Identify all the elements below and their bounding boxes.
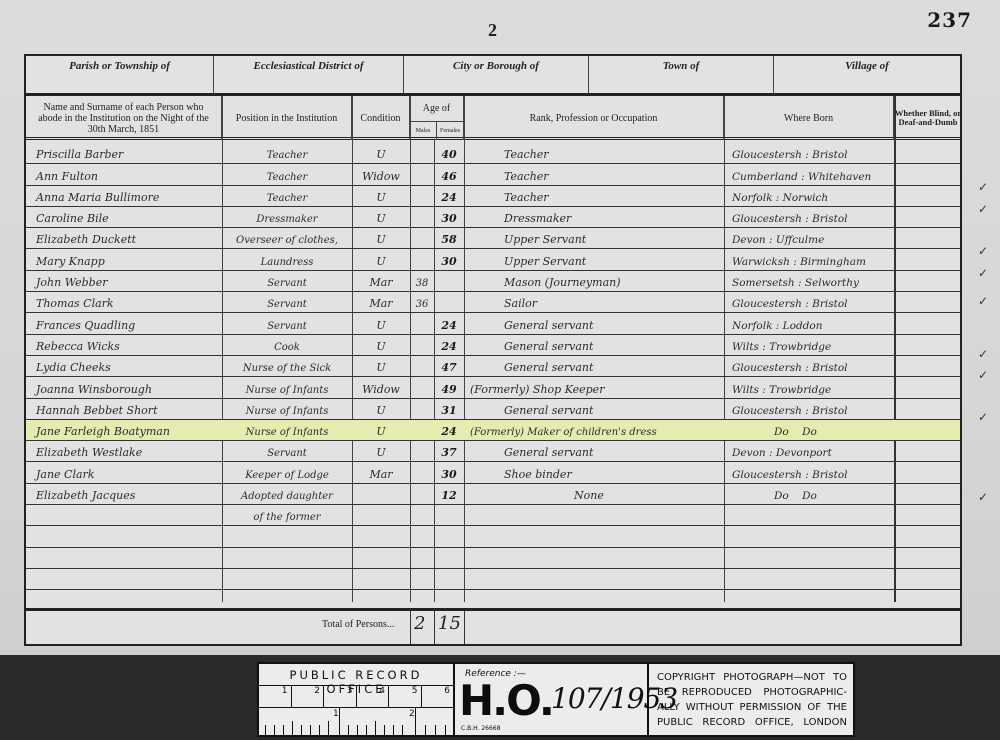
locality-ecclesiastical: Ecclesiastical District of bbox=[214, 56, 404, 93]
person-age-male bbox=[410, 377, 434, 397]
person-where-born bbox=[724, 505, 894, 525]
person-where-born: Norfolk : Norwich bbox=[724, 186, 894, 206]
person-name: Lydia Cheeks bbox=[36, 356, 222, 376]
totals-label: Total of Persons... bbox=[322, 619, 394, 630]
person-name: Elizabeth Duckett bbox=[36, 228, 222, 248]
reference-piece: 107/1953 bbox=[551, 682, 677, 715]
person-name: Thomas Clark bbox=[36, 292, 222, 312]
person-name: Anna Maria Bullimore bbox=[36, 186, 222, 206]
person-blind bbox=[894, 207, 960, 227]
person-age-female bbox=[434, 292, 464, 312]
person-position: Laundress bbox=[222, 249, 352, 269]
ruler-mark: 2 bbox=[292, 686, 325, 707]
person-occupation: Sailor bbox=[464, 292, 724, 312]
table-row: Lydia Cheeks Nurse of the Sick U 47 Gene… bbox=[26, 356, 960, 377]
person-name: Elizabeth Jacques bbox=[36, 484, 222, 504]
person-age-male bbox=[410, 249, 434, 269]
table-row: Frances Quadling Servant U 24 General se… bbox=[26, 313, 960, 334]
table-row: Caroline Bile Dressmaker U 30 Dressmaker… bbox=[26, 207, 960, 228]
person-age-male bbox=[410, 441, 434, 461]
person-occupation: Dressmaker bbox=[464, 207, 724, 227]
person-condition: U bbox=[352, 399, 410, 419]
person-where-born: Cumberland : Whitehaven bbox=[724, 164, 894, 184]
person-blind bbox=[894, 313, 960, 333]
locality-label: Town of bbox=[663, 60, 700, 72]
checkmark-icon: ✓ bbox=[978, 202, 988, 216]
person-where-born: Gloucestersh : Bristol bbox=[724, 292, 894, 312]
person-position: Servant bbox=[222, 313, 352, 333]
person-condition: Mar bbox=[352, 292, 410, 312]
person-occupation: Upper Servant bbox=[464, 228, 724, 248]
person-age-male bbox=[410, 484, 434, 504]
person-condition: U bbox=[352, 228, 410, 248]
person-position: Nurse of the Sick bbox=[222, 356, 352, 376]
table-row: Elizabeth Duckett Overseer of clothes, U… bbox=[26, 228, 960, 249]
person-position: Nurse of Infants bbox=[222, 420, 352, 440]
locality-header: Parish or Township of Ecclesiastical Dis… bbox=[26, 56, 960, 96]
person-where-born: Devon : Devonport bbox=[724, 441, 894, 461]
person-blind bbox=[894, 484, 960, 504]
checkmark-icon: ✓ bbox=[978, 266, 988, 280]
person-occupation: Shoe binder bbox=[464, 462, 724, 482]
person-blind bbox=[894, 462, 960, 482]
header-position: Position in the Institution bbox=[222, 96, 352, 140]
column-divider bbox=[434, 611, 435, 644]
pro-title: PUBLIC RECORD OFFICE bbox=[259, 664, 453, 686]
person-position: Cook bbox=[222, 335, 352, 355]
total-females: 15 bbox=[438, 613, 461, 634]
person-blind bbox=[894, 335, 960, 355]
person-occupation: (Formerly) Shop Keeper bbox=[464, 377, 724, 397]
ruler-mark: 5 bbox=[389, 686, 422, 707]
person-condition: U bbox=[352, 313, 410, 333]
person-where-born: Devon : Uffculme bbox=[724, 228, 894, 248]
person-where-born: Wilts : Trowbridge bbox=[724, 335, 894, 355]
person-blind bbox=[894, 399, 960, 419]
ruler-mark: 1 bbox=[333, 709, 339, 719]
table-row bbox=[26, 548, 960, 569]
sheet-mark: 2 bbox=[488, 20, 497, 41]
table-row: Rebecca Wicks Cook U 24 General servant … bbox=[26, 335, 960, 356]
person-occupation: General servant bbox=[464, 399, 724, 419]
person-blind bbox=[894, 143, 960, 163]
ruler-mark: 1 bbox=[259, 686, 292, 707]
person-where-born: Warwicksh : Birmingham bbox=[724, 249, 894, 269]
person-name: Mary Knapp bbox=[36, 249, 222, 269]
person-position: Dressmaker bbox=[222, 207, 352, 227]
person-occupation: General servant bbox=[464, 356, 724, 376]
locality-city: City or Borough of bbox=[404, 56, 589, 93]
checkmark-icon: ✓ bbox=[978, 368, 988, 382]
person-condition: U bbox=[352, 143, 410, 163]
copyright-line: ALLY WITHOUT PERMISSION OF THE bbox=[657, 700, 847, 715]
person-age-female: 37 bbox=[434, 441, 464, 461]
table-row: Priscilla Barber Teacher U 40 Teacher Gl… bbox=[26, 143, 960, 164]
person-where-born: Gloucestersh : Bristol bbox=[724, 462, 894, 482]
person-age-female: 30 bbox=[434, 207, 464, 227]
person-age-male bbox=[410, 356, 434, 376]
person-occupation: (Formerly) Maker of children's dress bbox=[464, 420, 724, 440]
person-position: Teacher bbox=[222, 143, 352, 163]
ruler-mark: 6 bbox=[422, 686, 454, 707]
person-age-female bbox=[434, 271, 464, 291]
person-position: Servant bbox=[222, 271, 352, 291]
header-name: Name and Surname of each Person who abod… bbox=[26, 96, 222, 140]
ruler-mark: 2 bbox=[409, 709, 415, 719]
table-row: Elizabeth Jacques Adopted daughter 12 No… bbox=[26, 484, 960, 505]
checkmark-icon: ✓ bbox=[978, 410, 988, 424]
column-divider bbox=[464, 611, 465, 644]
public-record-office-label: PUBLIC RECORD OFFICE 1 2 3 4 5 6 1 2 Ref… bbox=[257, 662, 855, 737]
census-rows: Priscilla Barber Teacher U 40 Teacher Gl… bbox=[26, 143, 960, 590]
person-occupation: General servant bbox=[464, 335, 724, 355]
person-blind bbox=[894, 228, 960, 248]
person-age-female bbox=[434, 505, 464, 525]
person-position: Teacher bbox=[222, 186, 352, 206]
person-where-born: Somersetsh : Selworthy bbox=[724, 271, 894, 291]
person-occupation: General servant bbox=[464, 313, 724, 333]
table-row: Mary Knapp Laundress U 30 Upper Servant … bbox=[26, 249, 960, 270]
person-age-male bbox=[410, 462, 434, 482]
person-name: Joanna Winsborough bbox=[36, 377, 222, 397]
person-blind bbox=[894, 271, 960, 291]
person-occupation: Upper Servant bbox=[464, 249, 724, 269]
column-divider bbox=[410, 611, 411, 644]
checkmark-icon: ✓ bbox=[978, 180, 988, 194]
locality-label: City or Borough of bbox=[453, 60, 539, 72]
table-row: Ann Fulton Teacher Widow 46 Teacher Cumb… bbox=[26, 164, 960, 185]
table-row bbox=[26, 526, 960, 547]
person-position: Nurse of Infants bbox=[222, 377, 352, 397]
person-age-female: 31 bbox=[434, 399, 464, 419]
locality-town: Town of bbox=[589, 56, 774, 93]
person-age-male: 36 bbox=[410, 292, 434, 312]
totals-row: Total of Persons... 2 15 bbox=[26, 608, 960, 644]
checkmark-icon: ✓ bbox=[978, 244, 988, 258]
header-blind: Whether Blind, or Deaf-and-Dumb bbox=[894, 96, 962, 140]
column-header: Name and Surname of each Person who abod… bbox=[26, 96, 960, 140]
person-position: Overseer of clothes, bbox=[222, 228, 352, 248]
locality-village: Village of bbox=[774, 56, 960, 93]
locality-parish: Parish or Township of bbox=[26, 56, 214, 93]
person-age-female: 30 bbox=[434, 462, 464, 482]
person-blind bbox=[894, 186, 960, 206]
person-age-female: 40 bbox=[434, 143, 464, 163]
person-age-female: 49 bbox=[434, 377, 464, 397]
person-where-born: Gloucestersh : Bristol bbox=[724, 356, 894, 376]
table-row: Thomas Clark Servant Mar 36 Sailor Glouc… bbox=[26, 292, 960, 313]
copyright-line: PUBLIC RECORD OFFICE, LONDON bbox=[657, 715, 847, 730]
table-row: Hannah Bebbet Short Nurse of Infants U 3… bbox=[26, 399, 960, 420]
person-age-female: 58 bbox=[434, 228, 464, 248]
header-where-born: Where Born bbox=[724, 96, 894, 140]
person-position: Nurse of Infants bbox=[222, 399, 352, 419]
person-age-female: 47 bbox=[434, 356, 464, 376]
person-condition: Widow bbox=[352, 377, 410, 397]
ruler-mark: 3 bbox=[324, 686, 357, 707]
header-occupation: Rank, Profession or Occupation bbox=[464, 96, 724, 140]
person-position: Teacher bbox=[222, 164, 352, 184]
checkmark-icon: ✓ bbox=[978, 347, 988, 361]
person-condition: U bbox=[352, 441, 410, 461]
person-occupation bbox=[464, 505, 724, 525]
locality-label: Parish or Township of bbox=[69, 60, 170, 72]
table-row bbox=[26, 569, 960, 590]
person-occupation: General servant bbox=[464, 441, 724, 461]
person-age-female: 24 bbox=[434, 186, 464, 206]
header-females: Females bbox=[437, 122, 463, 140]
person-age-female: 24 bbox=[434, 313, 464, 333]
person-where-born: Gloucestersh : Bristol bbox=[724, 143, 894, 163]
person-age-male bbox=[410, 228, 434, 248]
person-blind bbox=[894, 164, 960, 184]
person-age-female: 30 bbox=[434, 249, 464, 269]
table-row: Elizabeth Westlake Servant U 37 General … bbox=[26, 441, 960, 462]
person-name: Ann Fulton bbox=[36, 164, 222, 184]
person-name bbox=[36, 505, 222, 525]
person-name: Jane Clark bbox=[36, 462, 222, 482]
person-condition: Mar bbox=[352, 462, 410, 482]
census-form: Parish or Township of Ecclesiastical Dis… bbox=[24, 54, 962, 646]
person-name: Rebecca Wicks bbox=[36, 335, 222, 355]
person-blind bbox=[894, 420, 960, 440]
person-where-born: Do Do bbox=[724, 484, 894, 504]
table-row: Joanna Winsborough Nurse of Infants Wido… bbox=[26, 377, 960, 398]
header-condition: Condition bbox=[352, 96, 410, 140]
person-occupation: Teacher bbox=[464, 143, 724, 163]
ruler-inches: 1 2 3 4 5 6 bbox=[259, 686, 453, 708]
person-age-male bbox=[410, 186, 434, 206]
locality-label: Ecclesiastical District of bbox=[254, 60, 364, 72]
person-blind bbox=[894, 377, 960, 397]
person-where-born: Wilts : Trowbridge bbox=[724, 377, 894, 397]
person-position: Servant bbox=[222, 292, 352, 312]
person-blind bbox=[894, 505, 960, 525]
person-name: Priscilla Barber bbox=[36, 143, 222, 163]
person-age-male: 38 bbox=[410, 271, 434, 291]
person-condition: U bbox=[352, 249, 410, 269]
person-age-female: 24 bbox=[434, 420, 464, 440]
person-condition: U bbox=[352, 186, 410, 206]
copyright-line: COPYRIGHT PHOTOGRAPH—NOT TO bbox=[657, 670, 847, 685]
person-blind bbox=[894, 441, 960, 461]
person-age-male bbox=[410, 207, 434, 227]
reference-code: C.B.H. 26668 bbox=[461, 725, 500, 732]
person-name: John Webber bbox=[36, 271, 222, 291]
person-where-born: Do Do bbox=[724, 420, 894, 440]
table-row-highlighted[interactable]: Jane Farleigh Boatyman Nurse of Infants … bbox=[26, 420, 960, 441]
person-position: of the former bbox=[222, 505, 352, 525]
person-blind bbox=[894, 292, 960, 312]
person-blind bbox=[894, 356, 960, 376]
header-age: Age of Males Females bbox=[410, 96, 464, 140]
reference-series: H.O. bbox=[459, 676, 553, 725]
person-position: Keeper of Lodge bbox=[222, 462, 352, 482]
pro-reference: Reference :— H.O. 107/1953 C.B.H. 26668 bbox=[455, 664, 649, 735]
person-occupation: Teacher bbox=[464, 186, 724, 206]
person-condition bbox=[352, 505, 410, 525]
person-condition: U bbox=[352, 335, 410, 355]
person-occupation: Mason (Journeyman) bbox=[464, 271, 724, 291]
person-position: Servant bbox=[222, 441, 352, 461]
table-row: Jane Clark Keeper of Lodge Mar 30 Shoe b… bbox=[26, 462, 960, 483]
person-condition: U bbox=[352, 207, 410, 227]
person-occupation: Teacher bbox=[464, 164, 724, 184]
ruler-ticks: 1 2 bbox=[259, 708, 453, 735]
person-condition: U bbox=[352, 420, 410, 440]
pro-copyright: COPYRIGHT PHOTOGRAPH—NOT TO BE REPRODUCE… bbox=[649, 664, 853, 735]
person-age-male bbox=[410, 420, 434, 440]
ruler-mark: 4 bbox=[357, 686, 390, 707]
person-position: Adopted daughter bbox=[222, 484, 352, 504]
census-page: 237 2 Parish or Township of Ecclesiastic… bbox=[0, 0, 1000, 655]
pro-scale: PUBLIC RECORD OFFICE 1 2 3 4 5 6 1 2 bbox=[259, 664, 455, 735]
copyright-line: BE REPRODUCED PHOTOGRAPHIC- bbox=[657, 685, 847, 700]
person-age-male bbox=[410, 313, 434, 333]
person-age-male bbox=[410, 399, 434, 419]
person-name: Frances Quadling bbox=[36, 313, 222, 333]
table-row: John Webber Servant Mar 38 Mason (Journe… bbox=[26, 271, 960, 292]
person-age-male bbox=[410, 335, 434, 355]
checkmark-icon: ✓ bbox=[978, 294, 988, 308]
person-name: Jane Farleigh Boatyman bbox=[36, 420, 222, 440]
person-condition bbox=[352, 484, 410, 504]
person-where-born: Norfolk : Loddon bbox=[724, 313, 894, 333]
checkmark-icon: ✓ bbox=[978, 490, 988, 504]
total-males: 2 bbox=[414, 613, 425, 634]
person-condition: Mar bbox=[352, 271, 410, 291]
person-age-male bbox=[410, 505, 434, 525]
table-row: Anna Maria Bullimore Teacher U 24 Teache… bbox=[26, 186, 960, 207]
person-name: Elizabeth Westlake bbox=[36, 441, 222, 461]
person-name: Hannah Bebbet Short bbox=[36, 399, 222, 419]
person-age-male bbox=[410, 143, 434, 163]
person-occupation: None bbox=[464, 484, 724, 504]
header-males: Males bbox=[410, 122, 437, 140]
header-age-of: Age of bbox=[410, 96, 463, 122]
table-row: of the former bbox=[26, 505, 960, 526]
person-age-female: 46 bbox=[434, 164, 464, 184]
page-number: 237 bbox=[927, 8, 972, 32]
person-age-male bbox=[410, 164, 434, 184]
person-condition: Widow bbox=[352, 164, 410, 184]
person-age-female: 24 bbox=[434, 335, 464, 355]
locality-label: Village of bbox=[845, 60, 889, 72]
person-age-female: 12 bbox=[434, 484, 464, 504]
person-name: Caroline Bile bbox=[36, 207, 222, 227]
person-where-born: Gloucestersh : Bristol bbox=[724, 207, 894, 227]
person-condition: U bbox=[352, 356, 410, 376]
person-blind bbox=[894, 249, 960, 269]
person-where-born: Gloucestersh : Bristol bbox=[724, 399, 894, 419]
